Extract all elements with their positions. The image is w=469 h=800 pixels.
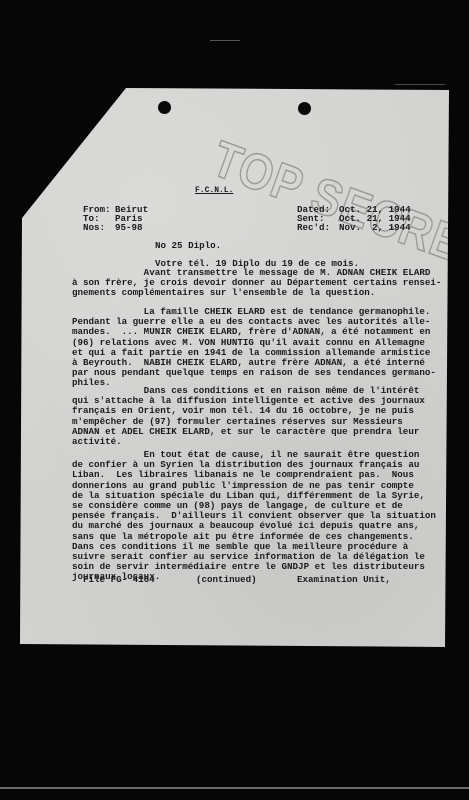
reference-line: No 25 Diplo.	[155, 241, 221, 251]
recd-label: Rec'd:	[297, 223, 330, 233]
document-page: TOP SECRET F.C.N.L. From: Beirut To: Par…	[20, 88, 449, 647]
paragraph-3: Dans ces conditions et en raison même de…	[72, 386, 417, 447]
scan-border-line	[0, 787, 469, 789]
agency-heading: F.C.N.L.	[195, 186, 233, 196]
scan-artifact	[210, 40, 240, 41]
nos-label: Nos:	[83, 223, 105, 233]
text-line: activité.	[72, 437, 417, 447]
file-number: File FG- 4164	[83, 575, 155, 585]
text-line: gnements complémentaires sur l'ensemble …	[72, 288, 417, 298]
paragraph-4: En tout état de cause, il ne saurait êtr…	[72, 450, 417, 583]
paragraph-1: Avant transmettre le message de M. ADNAN…	[72, 268, 417, 299]
recd-value: Nov. 2, 1944	[339, 223, 411, 233]
examination-unit: Examination Unit,	[297, 575, 391, 585]
scan-artifact	[395, 84, 445, 85]
punch-hole-left	[158, 101, 171, 114]
text-line: ADNAN et ADEL CHEIK ELARD, et sur le car…	[72, 427, 417, 437]
text-line: par nous pendant quelque temps en raison…	[72, 368, 417, 378]
paragraph-2: La famille CHEIK ELARD est de tendance g…	[72, 307, 417, 389]
nos-value: 95-98	[115, 223, 143, 233]
punch-hole-right	[298, 102, 311, 115]
continued-note: (continued)	[196, 575, 257, 585]
scan-viewport: TOP SECRET F.C.N.L. From: Beirut To: Par…	[0, 0, 469, 800]
